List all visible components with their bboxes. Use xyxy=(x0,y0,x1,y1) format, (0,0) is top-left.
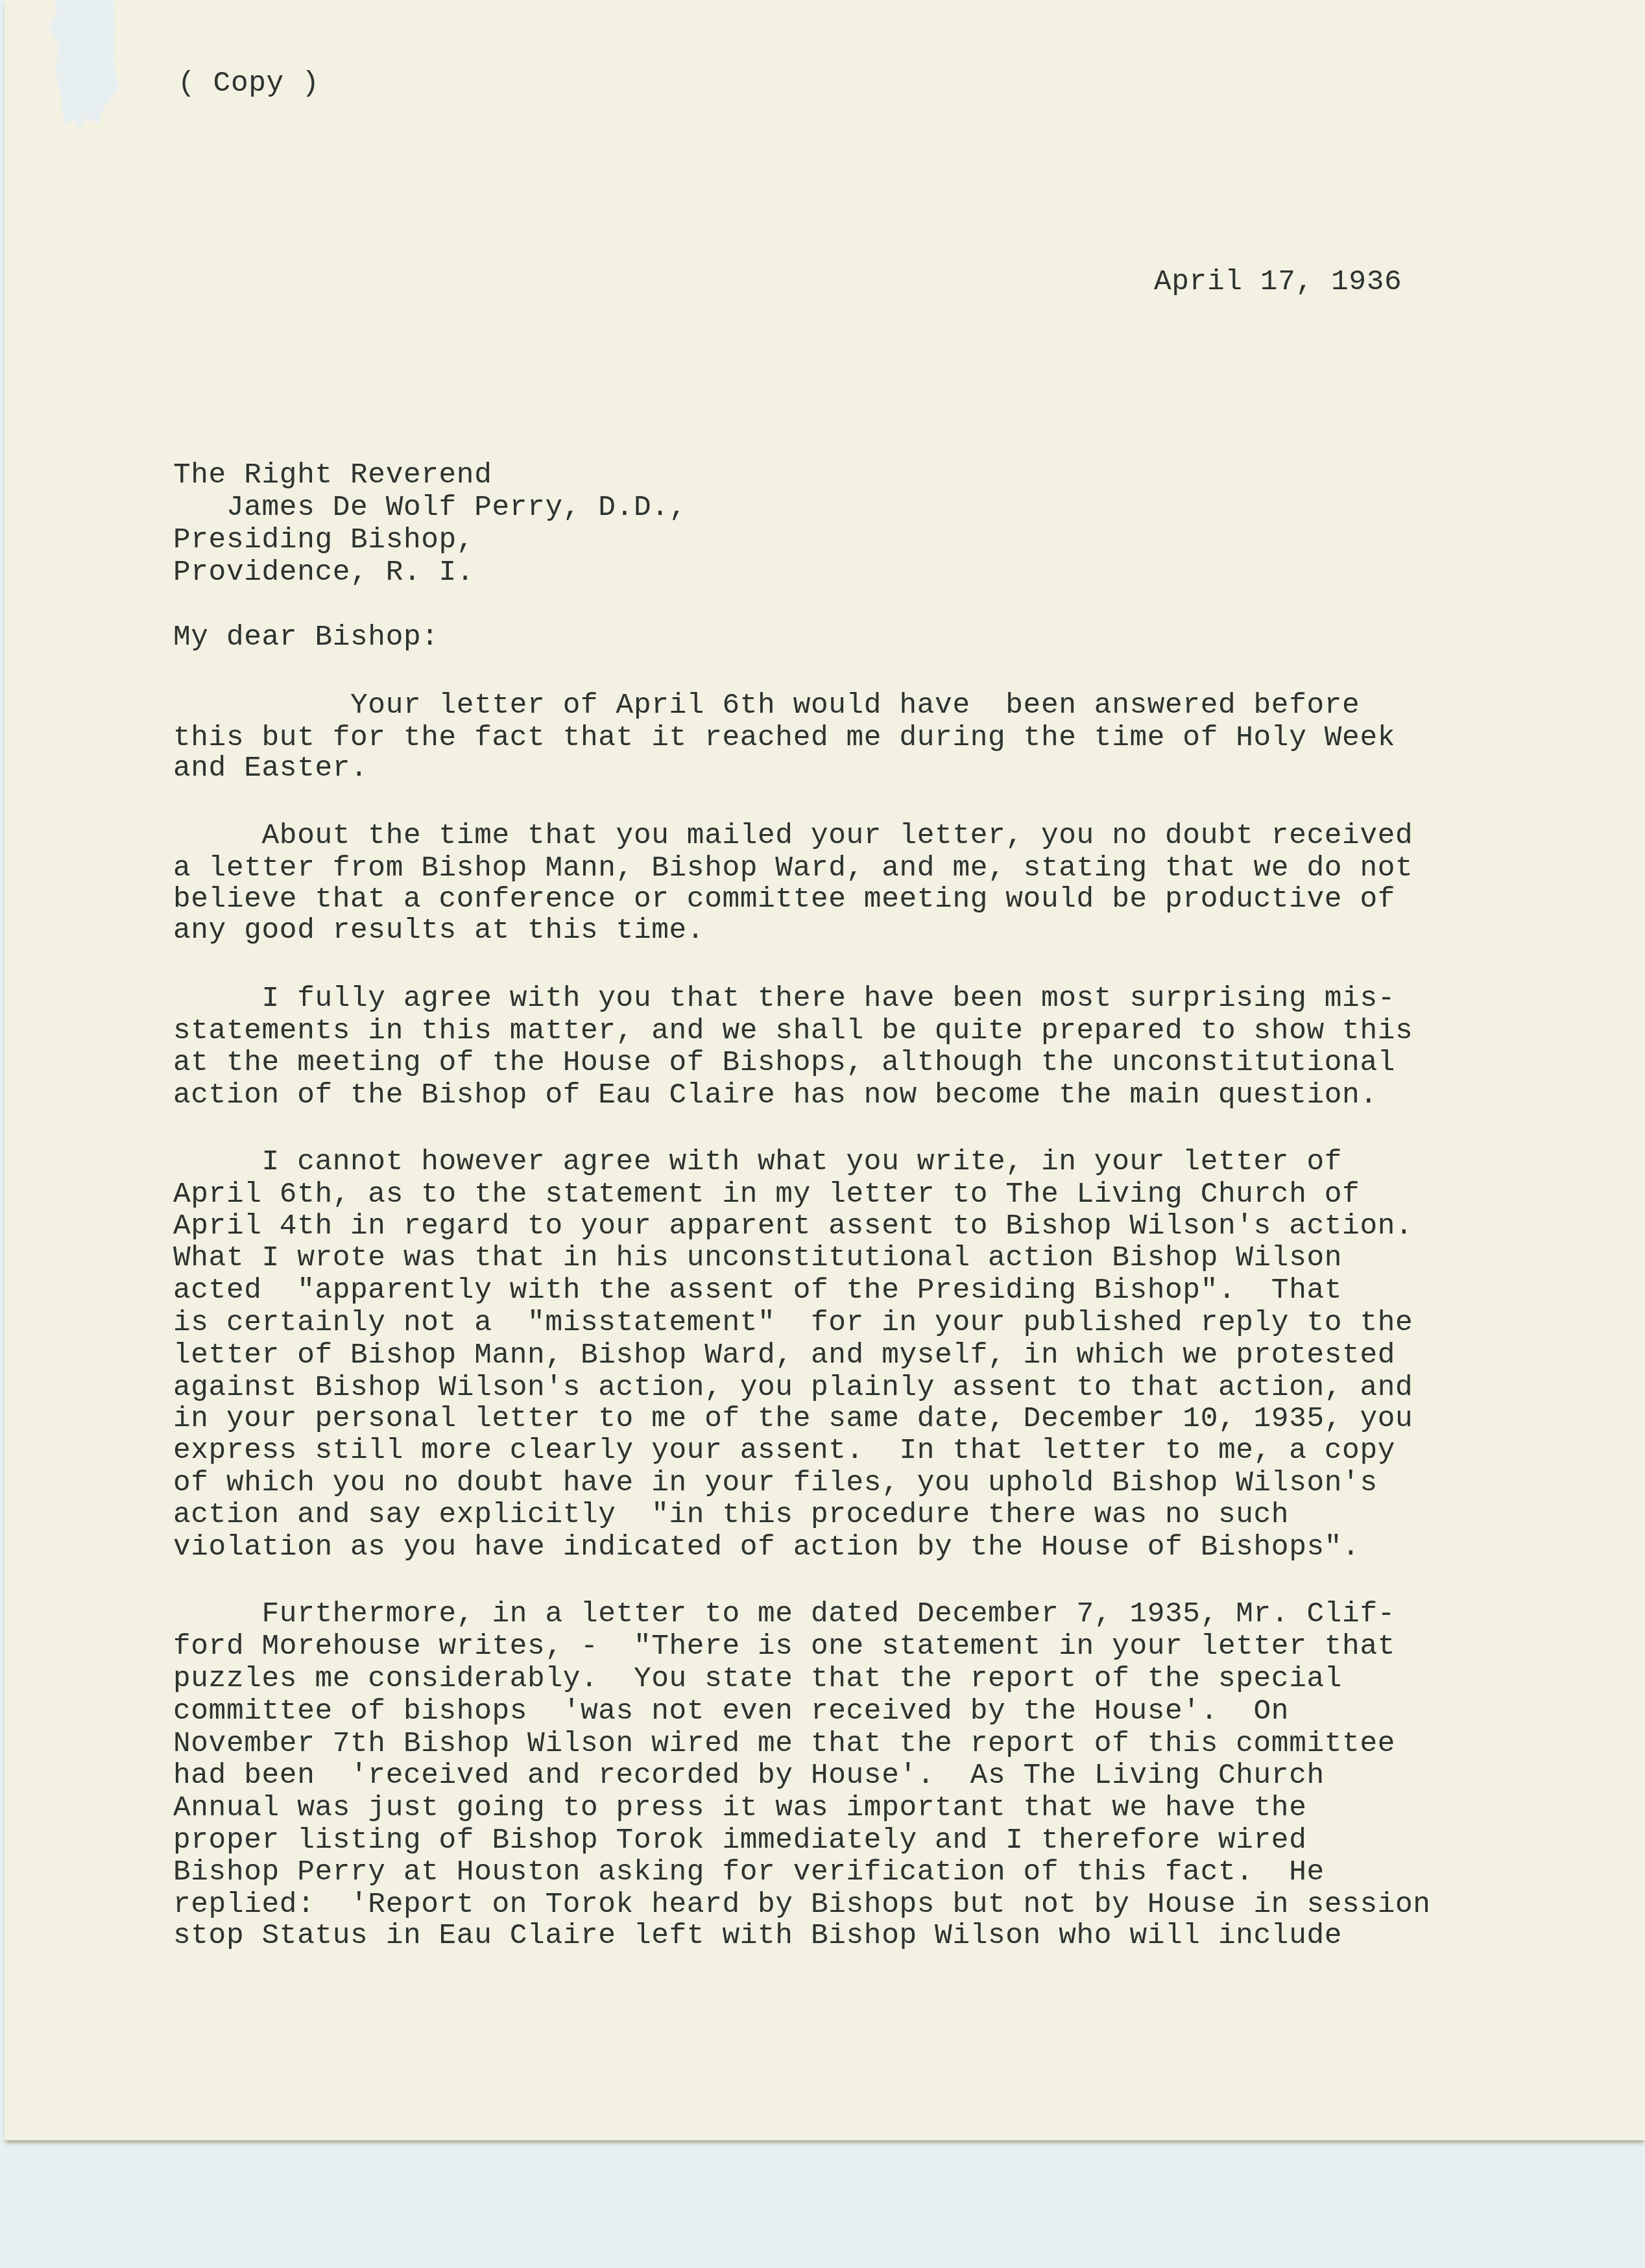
paragraph-line: Annual was just going to press it was im… xyxy=(173,1792,1306,1824)
paragraph-line: believe that a conference or committee m… xyxy=(173,883,1395,916)
letter-date: April 17, 1936 xyxy=(1154,266,1402,298)
paragraph-line: this but for the fact that it reached me… xyxy=(173,722,1395,754)
paragraph-line: a letter from Bishop Mann, Bishop Ward, … xyxy=(173,852,1413,885)
paragraph-line: committee of bishops 'was not even recei… xyxy=(173,1695,1289,1728)
paragraph-line: violation as you have indicated of actio… xyxy=(173,1531,1360,1564)
paragraph-line: puzzles me considerably. You state that … xyxy=(173,1663,1342,1695)
paragraph-line: of which you no doubt have in your files… xyxy=(173,1467,1378,1499)
paragraph-line: Bishop Perry at Houston asking for verif… xyxy=(173,1856,1325,1889)
copy-marker: ( Copy ) xyxy=(178,67,319,100)
paragraph-line: About the time that you mailed your lett… xyxy=(173,820,1413,852)
paragraph-line: stop Status in Eau Claire left with Bish… xyxy=(173,1920,1342,1952)
paragraph-line: April 6th, as to the statement in my let… xyxy=(173,1178,1360,1211)
paragraph-line: ford Morehouse writes, - "There is one s… xyxy=(173,1630,1395,1663)
address-line: Presiding Bishop, xyxy=(173,524,474,556)
address-line: James De Wolf Perry, D.D., xyxy=(173,492,687,524)
paragraph-line: November 7th Bishop Wilson wired me that… xyxy=(173,1728,1395,1760)
paragraph-line: statements in this matter, and we shall … xyxy=(173,1015,1413,1047)
paragraph-line: Furthermore, in a letter to me dated Dec… xyxy=(173,1598,1395,1630)
letter-page: ( Copy ) April 17, 1936 The Right Revere… xyxy=(5,0,1645,2140)
paragraph-line: any good results at this time. xyxy=(173,914,704,947)
paragraph-line: is certainly not a "misstatement" for in… xyxy=(173,1307,1413,1339)
address-line: The Right Reverend xyxy=(173,459,492,492)
paragraph-line: acted "apparently with the assent of the… xyxy=(173,1274,1342,1307)
address-line: Providence, R. I. xyxy=(173,556,474,589)
paragraph-line: against Bishop Wilson's action, you plai… xyxy=(173,1372,1413,1404)
paragraph-line: had been 'received and recorded by House… xyxy=(173,1760,1325,1792)
paragraph-line: in your personal letter to me of the sam… xyxy=(173,1403,1413,1435)
salutation: My dear Bishop: xyxy=(173,621,439,654)
paragraph-line: Your letter of April 6th would have been… xyxy=(173,689,1360,722)
paragraph-line: letter of Bishop Mann, Bishop Ward, and … xyxy=(173,1339,1395,1372)
paragraph-line: at the meeting of the House of Bishops, … xyxy=(173,1047,1395,1079)
torn-corner xyxy=(49,0,119,130)
paragraph-line: proper listing of Bishop Torok immediate… xyxy=(173,1824,1306,1857)
paragraph-line: I fully agree with you that there have b… xyxy=(173,983,1395,1015)
paragraph-line: express still more clearly your assent. … xyxy=(173,1435,1395,1467)
paragraph-line: What I wrote was that in his unconstitut… xyxy=(173,1242,1342,1274)
paragraph-line: I cannot however agree with what you wri… xyxy=(173,1146,1342,1178)
paragraph-line: April 4th in regard to your apparent ass… xyxy=(173,1210,1413,1243)
paragraph-line: action of the Bishop of Eau Claire has n… xyxy=(173,1079,1378,1112)
paragraph-line: and Easter. xyxy=(173,752,368,785)
paragraph-line: replied: 'Report on Torok heard by Bisho… xyxy=(173,1889,1431,1921)
paragraph-line: action and say explicitly "in this proce… xyxy=(173,1499,1289,1531)
